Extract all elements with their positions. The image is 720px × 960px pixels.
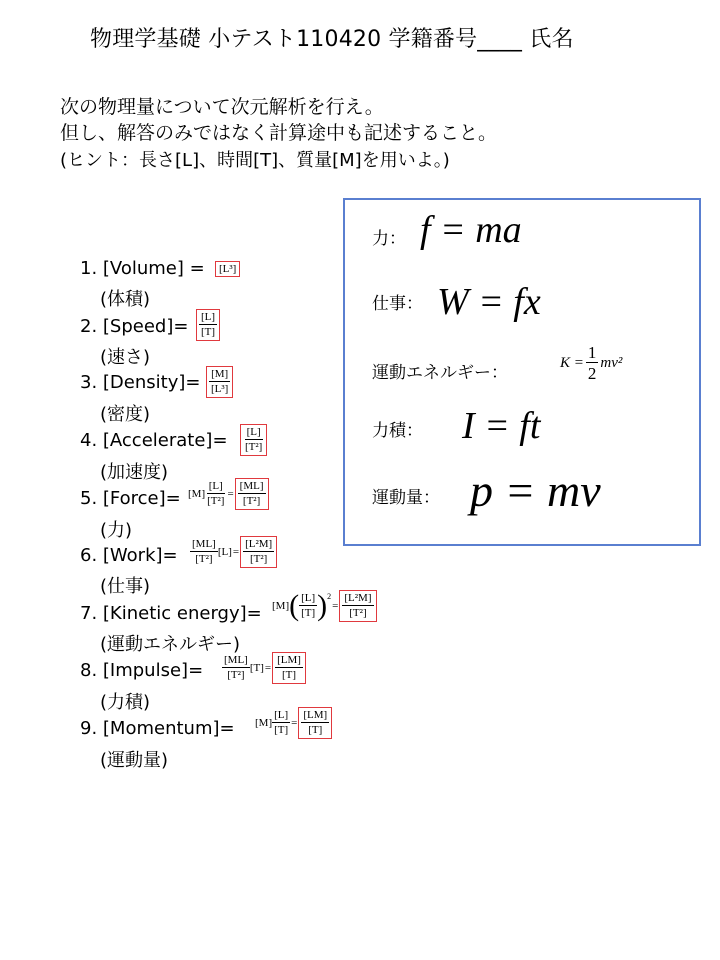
formula-force: f = ma: [420, 208, 522, 252]
formula-work: W = fx: [437, 280, 541, 324]
instruction-line-2: 但し、解答のみではなく計算途中も記述すること。: [60, 118, 497, 145]
instruction-hint: (ヒント：長さ[L]、時間[T]、質量[M]を用いよ。): [60, 146, 450, 172]
answer-box: [LM][T]: [298, 707, 332, 739]
formula-momentum-label: 運動量：: [372, 483, 440, 508]
answer-box: [ML][T²]: [235, 478, 269, 510]
question-9-work: [M] [L][T] = [LM][T]: [255, 707, 332, 739]
question-4-jp: (加速度): [100, 458, 168, 484]
question-9-label: 9. [Momentum]=: [80, 718, 235, 739]
question-2-jp: (速さ): [100, 343, 150, 369]
question-9-jp: (運動量): [100, 746, 168, 772]
question-1-jp: (体積): [100, 285, 150, 311]
question-7-work: [M] ( [L][T] ) 2 = [L²M][T²]: [272, 590, 377, 622]
question-3-label: 3. [Density]=: [80, 372, 200, 393]
question-1-label: 1. [Volume] =: [80, 258, 205, 279]
question-4-label: 4. [Accelerate]=: [80, 430, 228, 451]
formula-force-label: 力：: [372, 224, 406, 249]
question-4-answer: [L][T²]: [240, 420, 267, 456]
question-8-label: 8. [Impulse]=: [80, 660, 203, 681]
question-6-work: [ML][T²] [L] = [L²M][T²]: [190, 536, 277, 568]
formula-work-label: 仕事：: [372, 289, 423, 314]
question-8-jp: (力積): [100, 688, 150, 714]
question-1-answer: [L³]: [215, 257, 240, 277]
page-title: 物理学基礎 小テスト110420 学籍番号____ 氏名: [90, 22, 574, 53]
answer-box: [L²M][T²]: [240, 536, 277, 568]
formula-kinetic-energy-label: 運動エネルギー：: [372, 358, 508, 383]
formula-impulse-label: 力積：: [372, 416, 423, 441]
question-5-label: 5. [Force]=: [80, 488, 181, 509]
question-6-jp: (仕事): [100, 572, 150, 598]
formula-momentum: p = mv: [470, 464, 601, 517]
formula-kinetic-energy: K = 12 mv²: [560, 344, 622, 382]
question-3-answer: [M][L³]: [206, 362, 233, 398]
answer-box: [LM][T]: [272, 652, 306, 684]
question-3-jp: (密度): [100, 400, 150, 426]
answer-box: [L][T]: [196, 309, 220, 341]
question-8-work: [ML][T²] [T] = [LM][T]: [222, 652, 306, 684]
answer-box: [M][L³]: [206, 366, 233, 398]
question-6-label: 6. [Work]=: [80, 545, 178, 566]
formula-impulse: I = ft: [462, 404, 540, 448]
answer-box: [L²M][T²]: [339, 590, 376, 622]
question-7-label: 7. [Kinetic energy]=: [80, 603, 262, 624]
question-5-work: [M] [L][T²] = [ML][T²]: [188, 478, 269, 510]
question-2-label: 2. [Speed]=: [80, 316, 188, 337]
question-7-jp: (運動エネルギー): [100, 630, 240, 656]
answer-box: [L³]: [215, 261, 240, 277]
question-2-answer: [L][T]: [196, 305, 220, 341]
answer-box: [L][T²]: [240, 424, 267, 456]
instruction-line-1: 次の物理量について次元解析を行え。: [60, 92, 384, 119]
question-5-jp: (力): [100, 516, 132, 542]
